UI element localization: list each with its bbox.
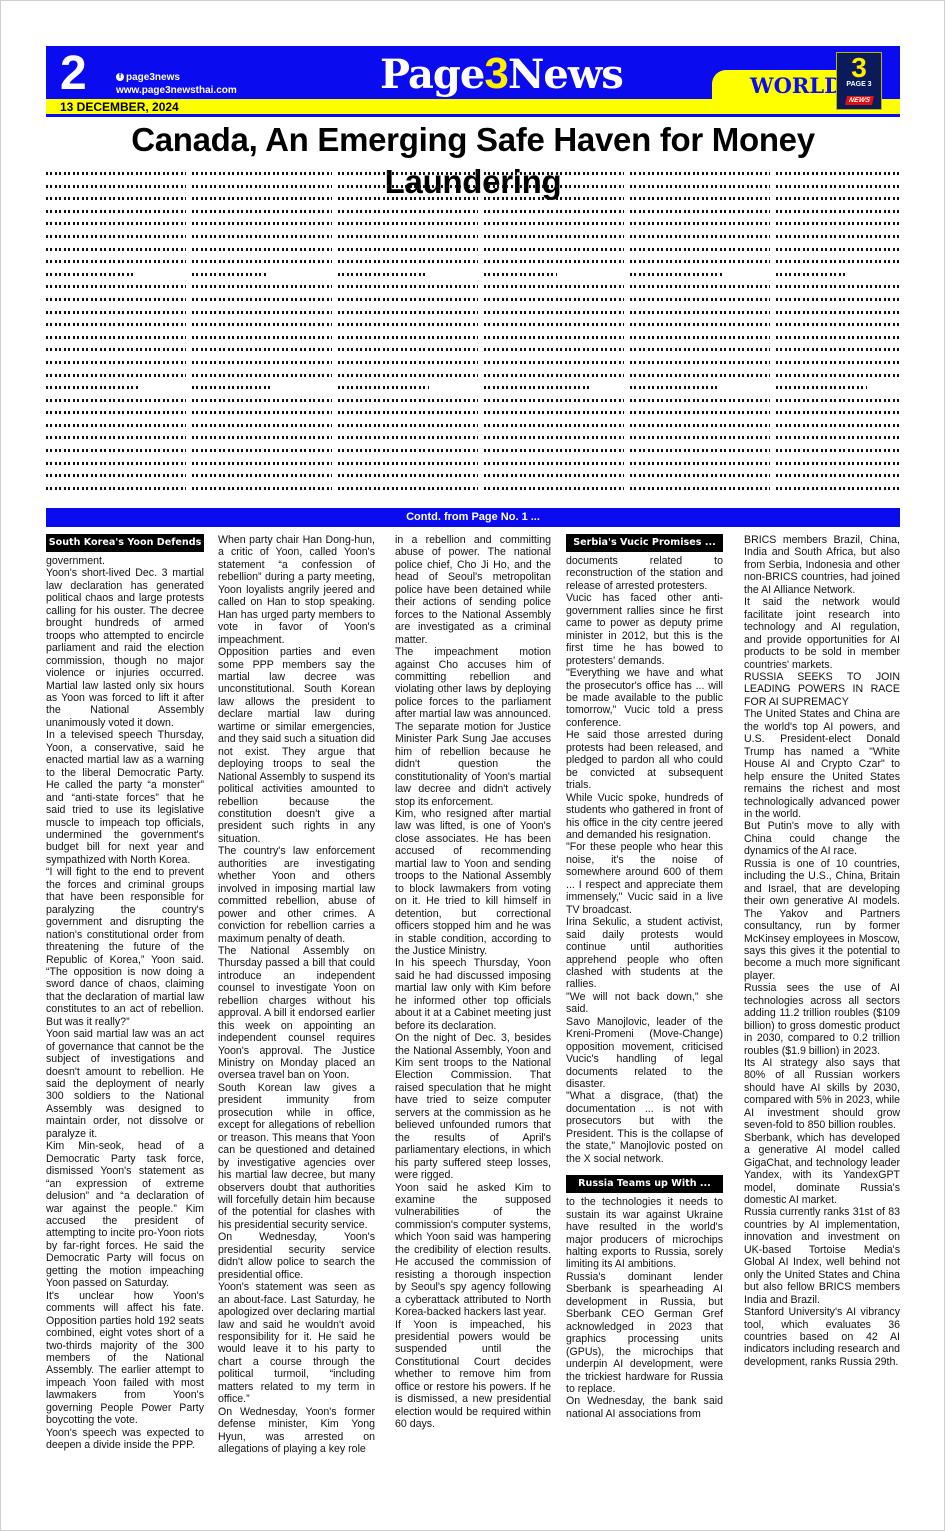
- paragraph: If Yoon is impeached, his presidential p…: [395, 1319, 551, 1431]
- korea-kicker[interactable]: South Korea's Yoon Defends ...: [46, 534, 204, 552]
- paragraph: The National Assembly on Thursday passed…: [218, 945, 375, 1082]
- logo-three: 3: [484, 49, 507, 98]
- paragraph: He said those arrested during protests h…: [566, 729, 723, 791]
- placeholder-text-column: [630, 168, 770, 495]
- russia-col1-text: to the technologies it needs to sustain …: [566, 1196, 723, 1420]
- serbia-russia-column: Serbia's Vucic Promises ... documents re…: [566, 534, 723, 1420]
- page-number: 2: [60, 48, 87, 100]
- paragraph: Yoon's short-lived Dec. 3 martial law de…: [46, 567, 204, 729]
- website-link[interactable]: www.page3newsthai.com: [116, 84, 237, 97]
- badge-number: 3: [837, 55, 881, 81]
- paragraph: Vucic has faced other anti-government ra…: [566, 592, 723, 667]
- paragraph: Russia's dominant lender Sberbank is spe…: [566, 1271, 723, 1396]
- paragraph: Yoon's statement was seen as an about-fa…: [218, 1281, 375, 1406]
- logo-word-news: News: [508, 51, 623, 98]
- korea-column-2: When party chair Han Dong-hun, a critic …: [218, 534, 375, 1456]
- page3-news-badge-icon: 3 PAGE 3 NEWS: [836, 52, 882, 110]
- paragraph: Yoon said martial law was an act of gove…: [46, 1028, 204, 1140]
- facebook-link[interactable]: fpage3news: [116, 71, 237, 84]
- korea-column-1: South Korea's Yoon Defends ... governmen…: [46, 534, 204, 1452]
- facebook-icon: f: [116, 73, 124, 81]
- paragraph: On the night of Dec. 3, besides the Nati…: [395, 1032, 551, 1181]
- badge-label: PAGE 3: [837, 81, 881, 89]
- paragraph: It's unclear how Yoon's comments will af…: [46, 1290, 204, 1427]
- placeholder-text-column: [776, 168, 900, 495]
- paragraph: Kim Min-seok, head of a Democratic Party…: [46, 1140, 204, 1289]
- paragraph: Russia currently ranks 31st of 83 countr…: [744, 1206, 900, 1306]
- paragraph: In a televised speech Thursday, Yoon, a …: [46, 729, 204, 866]
- serbia-kicker[interactable]: Serbia's Vucic Promises ...: [566, 534, 723, 552]
- paragraph: In his speech Thursday, Yoon said he had…: [395, 957, 551, 1032]
- paragraph: Yoon said he asked Kim to examine the su…: [395, 1182, 551, 1319]
- paragraph: RUSSIA SEEKS TO JOIN LEADING POWERS IN R…: [744, 671, 900, 708]
- paragraph: BRICS members Brazil, China, India and S…: [744, 534, 900, 596]
- paragraph: Kim, who resigned after martial law was …: [395, 808, 551, 957]
- paragraph: While Vucic spoke, hundreds of students …: [566, 792, 723, 842]
- logo[interactable]: Page3News: [380, 50, 623, 99]
- issue-date: 13 DECEMBER, 2024: [60, 100, 179, 114]
- social-links: fpage3news www.page3newsthai.com: [116, 71, 237, 97]
- facebook-handle: page3news: [126, 72, 180, 83]
- paragraph: “I will fight to the end to prevent the …: [46, 866, 204, 1028]
- paragraph: "What a disgrace, (that) the documentati…: [566, 1090, 723, 1165]
- russia-kicker[interactable]: Russia Teams up With ...: [566, 1175, 723, 1193]
- placeholder-text-column: [484, 168, 624, 495]
- korea-col2-text: When party chair Han Dong-hun, a critic …: [218, 534, 375, 1456]
- placeholder-text-column: [338, 168, 478, 495]
- paragraph: South Korean law gives a president immun…: [218, 1082, 375, 1231]
- russia-column-2: BRICS members Brazil, China, India and S…: [744, 534, 900, 1368]
- paragraph: Savo Manojlovic, leader of the Kreni-Pro…: [566, 1016, 723, 1091]
- paragraph: in a rebellion and committing abuse of p…: [395, 534, 551, 646]
- section-label: WORLD: [750, 73, 842, 99]
- korea-column-3: in a rebellion and committing abuse of p…: [395, 534, 551, 1431]
- paragraph: The United States and China are the worl…: [744, 708, 900, 820]
- badge-news: NEWS: [845, 96, 874, 105]
- paragraph: On Wednesday, Yoon's former defense mini…: [218, 1406, 375, 1456]
- paragraph: "For these people who hear this noise, i…: [566, 841, 723, 916]
- paragraph: "We will not back down," she said.: [566, 991, 723, 1016]
- paragraph: The country's law enforcement authoritie…: [218, 845, 375, 945]
- logo-word-page: Page: [380, 51, 484, 98]
- paragraph: On Wednesday, the bank said national AI …: [566, 1395, 723, 1420]
- paragraph: But Putin's move to ally with China coul…: [744, 820, 900, 857]
- paragraph: Its AI strategy also says that 80% of al…: [744, 1057, 900, 1132]
- paragraph: Russia sees the use of AI technologies a…: [744, 982, 900, 1057]
- masthead-rule: [46, 114, 900, 117]
- korea-col3-text: in a rebellion and committing abuse of p…: [395, 534, 551, 1431]
- date-bar: 13 DECEMBER, 2024: [46, 99, 900, 114]
- placeholder-text-column: [192, 168, 332, 495]
- paragraph: Irina Sekulic, a student activist, said …: [566, 916, 723, 991]
- paragraph: Yoon's speech was expected to deepen a d…: [46, 1427, 204, 1452]
- paragraph: Stanford University's AI vibrancy tool, …: [744, 1306, 900, 1368]
- paragraph: When party chair Han Dong-hun, a critic …: [218, 534, 375, 646]
- paragraph: Russia is one of 10 countries, including…: [744, 858, 900, 983]
- russia-col2-text: BRICS members Brazil, China, India and S…: [744, 534, 900, 1368]
- paragraph: It said the network would facilitate joi…: [744, 596, 900, 671]
- paragraph: to the technologies it needs to sustain …: [566, 1196, 723, 1271]
- korea-col1-text: government.Yoon's short-lived Dec. 3 mar…: [46, 555, 204, 1452]
- paragraph: The impeachment motion against Cho accus…: [395, 646, 551, 808]
- paragraph: Opposition parties and even some PPP mem…: [218, 646, 375, 845]
- placeholder-text-column: [46, 168, 186, 495]
- section-tab: WORLD: [712, 70, 838, 100]
- paragraph: documents related to reconstruction of t…: [566, 555, 723, 592]
- continued-bar: Contd. from Page No. 1 ...: [46, 508, 900, 527]
- paragraph: "Everything we have and what the prosecu…: [566, 667, 723, 729]
- serbia-text: documents related to reconstruction of t…: [566, 555, 723, 1165]
- paragraph: On Wednesday, Yoon's presidential securi…: [218, 1231, 375, 1281]
- paragraph: Sberbank, which has developed a generati…: [744, 1132, 900, 1207]
- masthead: 2 fpage3news www.page3newsthai.com Page3…: [46, 46, 900, 114]
